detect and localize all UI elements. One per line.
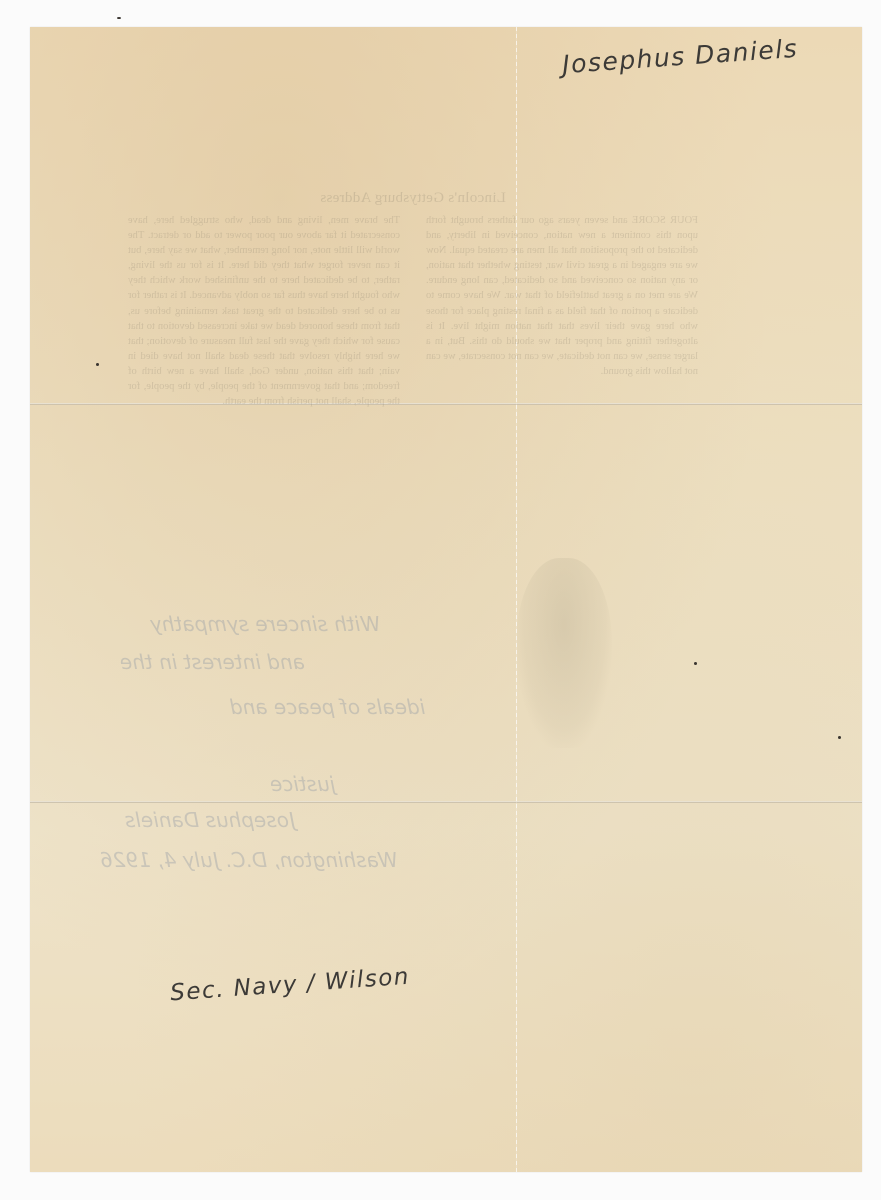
show-through-title: Lincoln's Gettysburg Address: [128, 190, 698, 207]
show-through-date: Washington, D.C. July 4, 1926: [100, 848, 398, 872]
show-through-signature: Josephus Daniels: [125, 808, 295, 832]
show-through-right-column: The brave men, living and dead, who stru…: [128, 213, 400, 533]
paper-speck: [838, 736, 841, 739]
show-through-print: Lincoln's Gettysburg Address FOUR SCORE …: [128, 190, 698, 533]
paper-speck: [96, 363, 99, 366]
paper-speck: [694, 662, 697, 665]
show-through-inscription-line: With sincere sympathy: [150, 612, 380, 636]
show-through-inscription-line: justice: [270, 772, 335, 796]
show-through-inscription-line: and interest in the: [120, 650, 305, 674]
paper-speck: [117, 17, 121, 19]
fold-crease-lower: [30, 801, 862, 803]
show-through-portrait: [516, 558, 612, 748]
show-through-inscription-line: ideals of peace and: [230, 695, 425, 719]
show-through-left-column: FOUR SCORE and seven years ago our fathe…: [426, 213, 698, 533]
